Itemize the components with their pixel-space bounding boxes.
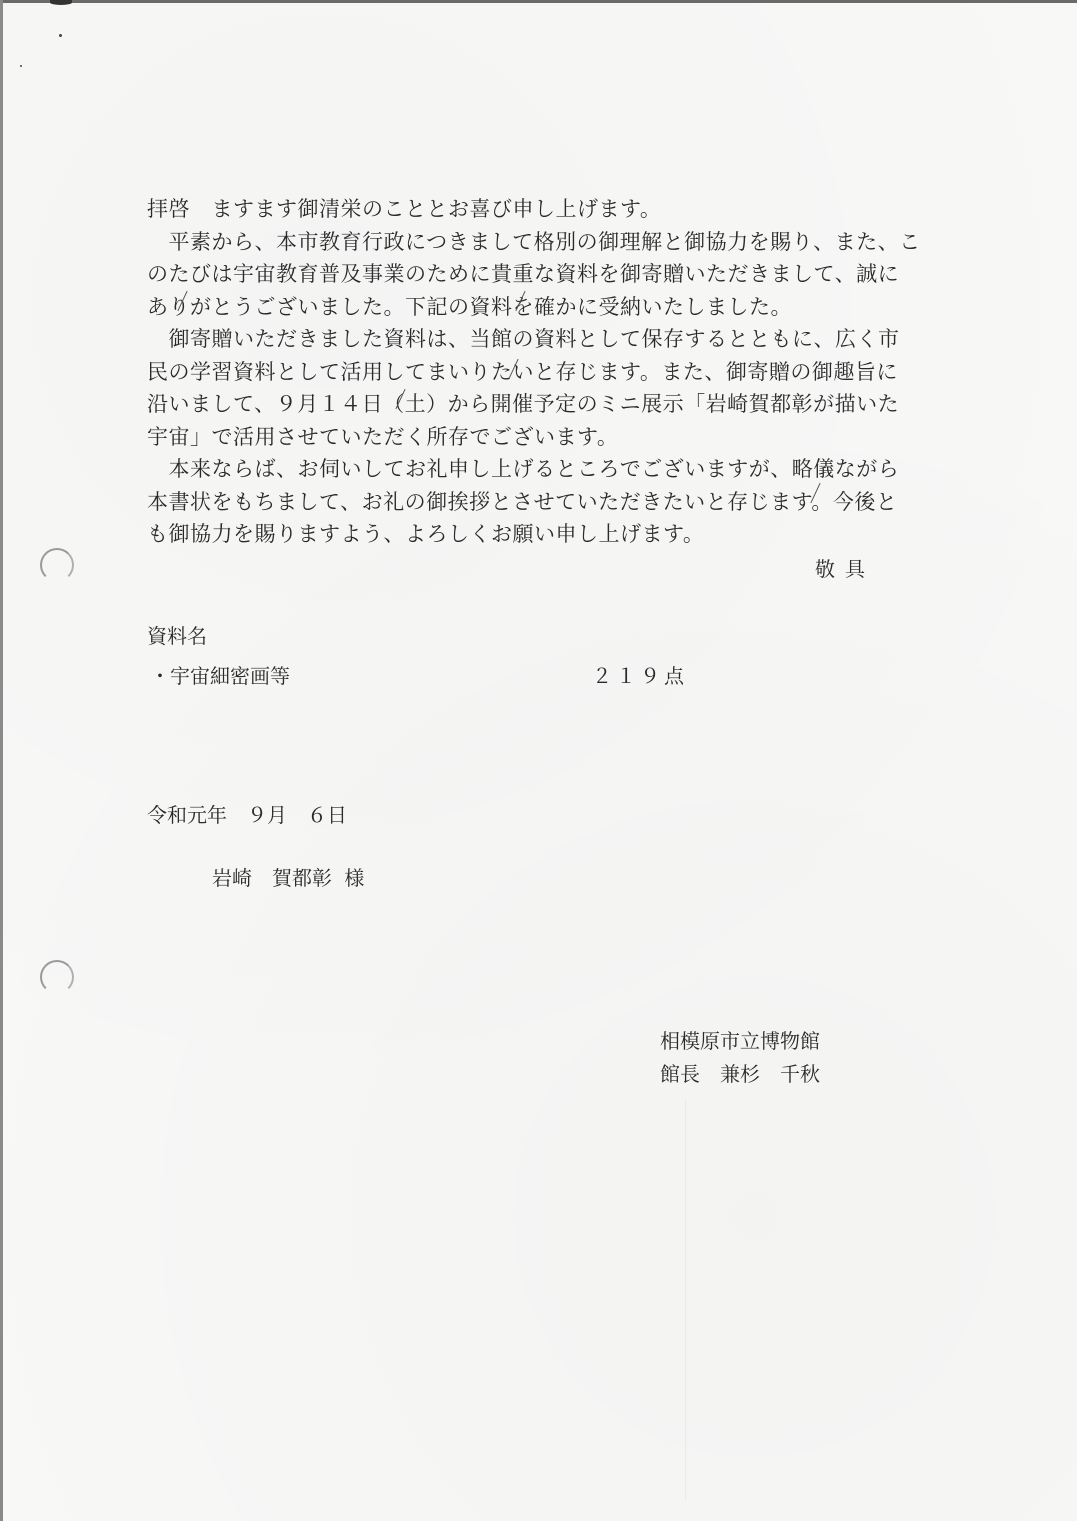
fold-line bbox=[685, 1100, 686, 1500]
punch-hole-icon bbox=[40, 548, 74, 582]
body-line: 御寄贈いただきました資料は、当館の資料として保存するとともに、広く市 bbox=[147, 323, 917, 356]
sender-name: 館長 兼杉 千秋 bbox=[660, 1058, 820, 1087]
staple-mark bbox=[50, 0, 72, 5]
material-item-count: ２１９点 bbox=[592, 660, 688, 689]
sender-organization: 相模原市立博物館 bbox=[660, 1025, 820, 1054]
body-line: ありがとうございました。下記の資料を確かに受納いたしました。 bbox=[147, 291, 917, 324]
recipient-name: 岩崎 賀都彰 様 bbox=[212, 862, 364, 891]
letter-date: 令和元年 ９月 ６日 bbox=[147, 799, 347, 828]
body-line: 平素から、本市教育行政につきまして格別の御理解と御協力を賜り、また、こ bbox=[147, 226, 917, 259]
scan-speck bbox=[59, 34, 62, 37]
body-line: 民の学習資料として活用してまいりたいと存じます。また、御寄贈の御趣旨に bbox=[147, 356, 917, 389]
body-line: も御協力を賜りますよう、よろしくお願い申し上げます。 bbox=[147, 518, 917, 551]
scan-top-edge bbox=[0, 0, 1077, 3]
body-line: 本来ならば、お伺いしてお礼申し上げるところでございますが、略儀ながら bbox=[147, 453, 917, 486]
body-line: 沿いまして、９月１４日（土）から開催予定のミニ展示「岩崎賀都彰が描いた bbox=[147, 388, 917, 421]
body-line: のたびは宇宙教育普及事業のために貴重な資料を御寄贈いただきまして、誠に bbox=[147, 258, 917, 291]
body-line: 宇宙」で活用させていただく所存でございます。 bbox=[147, 421, 917, 454]
material-item-name: ・宇宙細密画等 bbox=[150, 660, 290, 689]
punch-hole-icon bbox=[40, 960, 74, 994]
greeting-line: 拝啓 ますます御清栄のこととお喜び申し上げます。 bbox=[147, 193, 917, 226]
materials-label: 資料名 bbox=[147, 620, 207, 649]
letter-body: 拝啓 ますます御清栄のこととお喜び申し上げます。 平素から、本市教育行政につきま… bbox=[147, 193, 917, 551]
scan-speck bbox=[20, 65, 22, 67]
body-line: 本書状をもちまして、お礼の御挨拶とさせていただきたいと存じます。今後と bbox=[147, 486, 917, 519]
scanned-letter-page: 拝啓 ますます御清栄のこととお喜び申し上げます。 平素から、本市教育行政につきま… bbox=[0, 0, 1077, 1521]
scan-left-edge bbox=[0, 0, 3, 1521]
closing-phrase: 敬具 bbox=[815, 553, 875, 582]
